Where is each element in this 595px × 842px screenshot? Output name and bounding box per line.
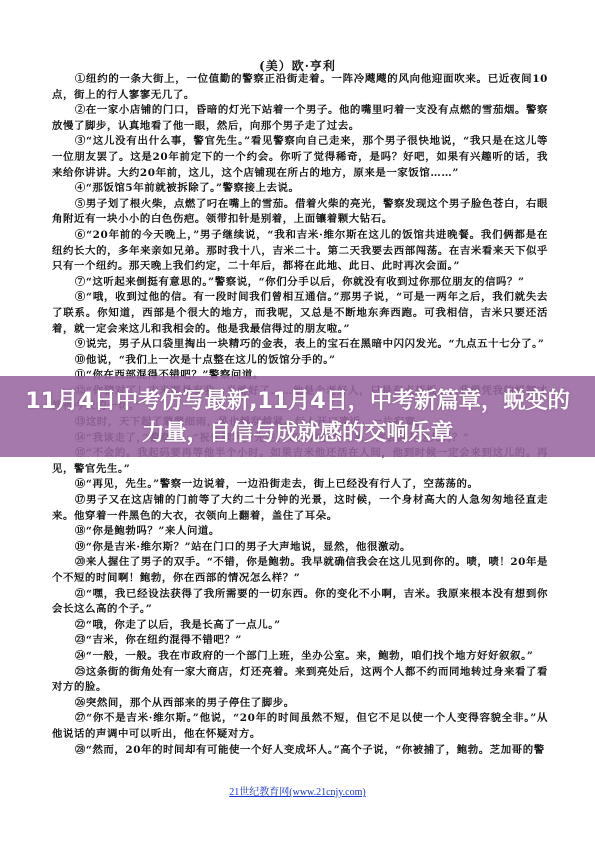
paragraph-25: ㉕这条街的街角处有一家大商店，灯还亮着。来到亮处后，这两个人都不约而同地转过身来… [52,665,548,696]
paragraph-2: ②在一家小店铺的门口，昏暗的灯光下站着一个男子。他的嘴里叼着一支没有点燃的雪茄烟… [52,103,548,134]
paragraph-4: ④“那饭馆5年前就被拆除了。”警察接上去说。 [52,181,548,197]
paragraph-20: ⑳来人握住了男子的双手。“不错，你是鲍勃。我早就确信我会在这儿见到你的。啧，啧！… [52,555,548,586]
title-banner-overlay: 11月4日中考仿写最新,11月4日，中考新篇章，蜕变的力量，自信与成就感的交响乐… [0,376,595,457]
paragraph-21: ㉑“嘿，我已经设法获得了我所需要的一切东西。你的变化不小啊，吉米。我原来根本没有… [52,587,548,618]
document-page: (美）欧·亨利 ①纽约的一条大街上，一位值勤的警察正沿街走着。一阵冷飕飕的风向他… [0,0,595,842]
paragraph-24: ㉔“一般，一般。我在市政府的一个部门上班，坐办公室。来，鲍勃，咱们找个地方好好叙… [52,649,548,665]
paragraph-23: ㉓“吉米，你在纽约混得不错吧？” [52,633,548,649]
banner-title: 11月4日中考仿写最新,11月4日，中考新篇章，蜕变的力量，自信与成就感的交响乐… [18,385,578,449]
paragraph-10: ⑩他说，“我们上一次是十点整在这儿的饭馆分手的。” [52,353,548,369]
paragraph-26: ㉖突然间，那个从西部来的男子停住了脚步。 [52,696,548,712]
paragraph-3: ③“这儿没有出什么事，警官先生。”看见警察向自己走来，那个男子很快地说，“我只是… [52,134,548,181]
paragraph-18: ⑱“你是鲍勃吗？”来人问道。 [52,524,548,540]
paragraph-28: ㉘“然而，20年的时间却有可能使一个好人变成坏人。”高个子说，“你被捕了，鲍勃。… [52,743,548,759]
paragraph-22: ㉒“哦，你走了以后，我是长高了一点儿。” [52,618,548,634]
paragraph-19: ⑲“你是吉米·维尔斯？”站在门口的男子大声地说，显然，他很激动。 [52,540,548,556]
paragraph-17: ⑰男子又在这店铺的门前等了大约二十分钟的光景，这时候，一个身材高大的人急匆匆地径… [52,493,548,524]
paragraph-27: ㉗“你不是吉米·维尔斯。”他说，“20年的时间虽然不短，但它不足以使一个人变得容… [52,711,548,742]
paragraph-1: ①纽约的一条大街上，一位值勤的警察正沿街走着。一阵冷飕飕的风向他迎面吹来。已近夜… [52,72,548,103]
paragraph-7: ⑦“这听起来倒挺有意思的。”警察说，“你们分手以后，你就没有收到过你那位朋友的信… [52,275,548,291]
paragraph-5: ⑤男子划了根火柴，点燃了叼在嘴上的雪茄。借着火柴的亮光，警察发现这个男子脸色苍白… [52,197,548,228]
source-website-link[interactable]: 21世纪教育网(www.21cnjy.com) [0,783,595,798]
paragraph-8: ⑧“哦，收到过他的信。有一段时间我们曾相互通信。”那男子说，“可是一两年之后，我… [52,290,548,337]
paragraph-6: ⑥“20年前的今天晚上，”男子继续说，“我和吉米·维尔斯在这儿的饭馆共进晚餐。我… [52,228,548,275]
paragraph-9: ⑨说完，男子从口袋里掏出一块精巧的金表，表上的宝石在黑暗中闪闪发光。“九点五十七… [52,337,548,353]
paragraph-16: ⑯“再见，先生。”警察一边说着，一边沿街走去，街上已经没有行人了，空荡荡的。 [52,477,548,493]
